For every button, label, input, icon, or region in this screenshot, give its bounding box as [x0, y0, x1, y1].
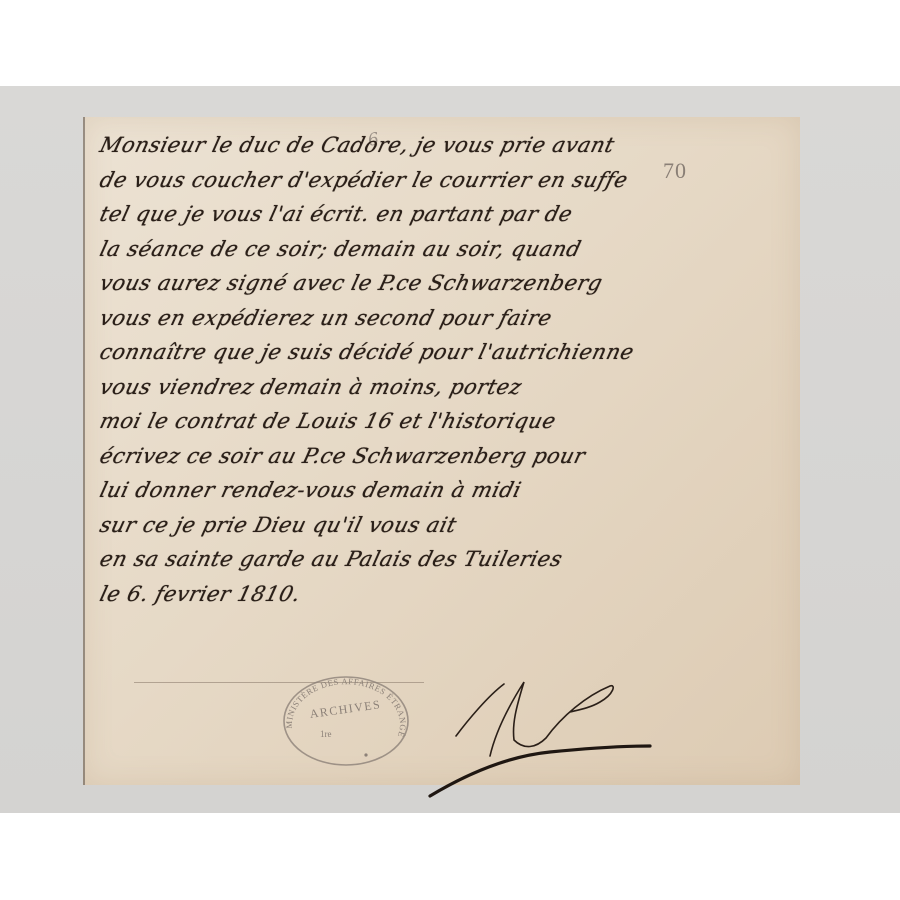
letter-line: lui donner rendez-vous demain à midi: [96, 473, 805, 508]
letter-line: vous aurez signé avec le P.ce Schwarzenb…: [96, 266, 805, 301]
letter-line: moi le contrat de Louis 16 et l'historiq…: [96, 404, 805, 439]
letter-line: connaître que je suis décidé pour l'autr…: [96, 335, 805, 370]
letter-line: vous en expédierez un second pour faire: [96, 301, 805, 336]
letter-line: sur ce je prie Dieu qu'il vous ait: [96, 508, 805, 543]
letter-body: Monsieur le duc de Cadore, je vous prie …: [96, 128, 796, 611]
letter-line: tel que je vous l'ai écrit. en partant p…: [96, 197, 805, 232]
letter-line: écrivez ce soir au P.ce Schwarzenberg po…: [96, 439, 805, 474]
paper-edge-shadow: [83, 117, 85, 785]
stamp-center-text: ARCHIVES: [309, 697, 382, 721]
letter-date: le 6. fevrier 1810.: [96, 577, 805, 612]
archive-stamp: MINISTÈRE DES AFFAIRES ÉTRANGÈRES ARCHIV…: [280, 673, 412, 769]
letter-line: Monsieur le duc de Cadore, je vous prie …: [96, 128, 805, 163]
signature-n: [400, 660, 660, 800]
letter-line: en sa sainte garde au Palais des Tuileri…: [96, 542, 805, 577]
letter-line: la séance de ce soir; demain au soir, qu…: [96, 232, 805, 267]
letter-line: de vous coucher d'expédier le courrier e…: [96, 163, 805, 198]
letter-line: vous viendrez demain à moins, portez: [96, 370, 805, 405]
stamp-sub-text: 1re: [320, 729, 332, 739]
